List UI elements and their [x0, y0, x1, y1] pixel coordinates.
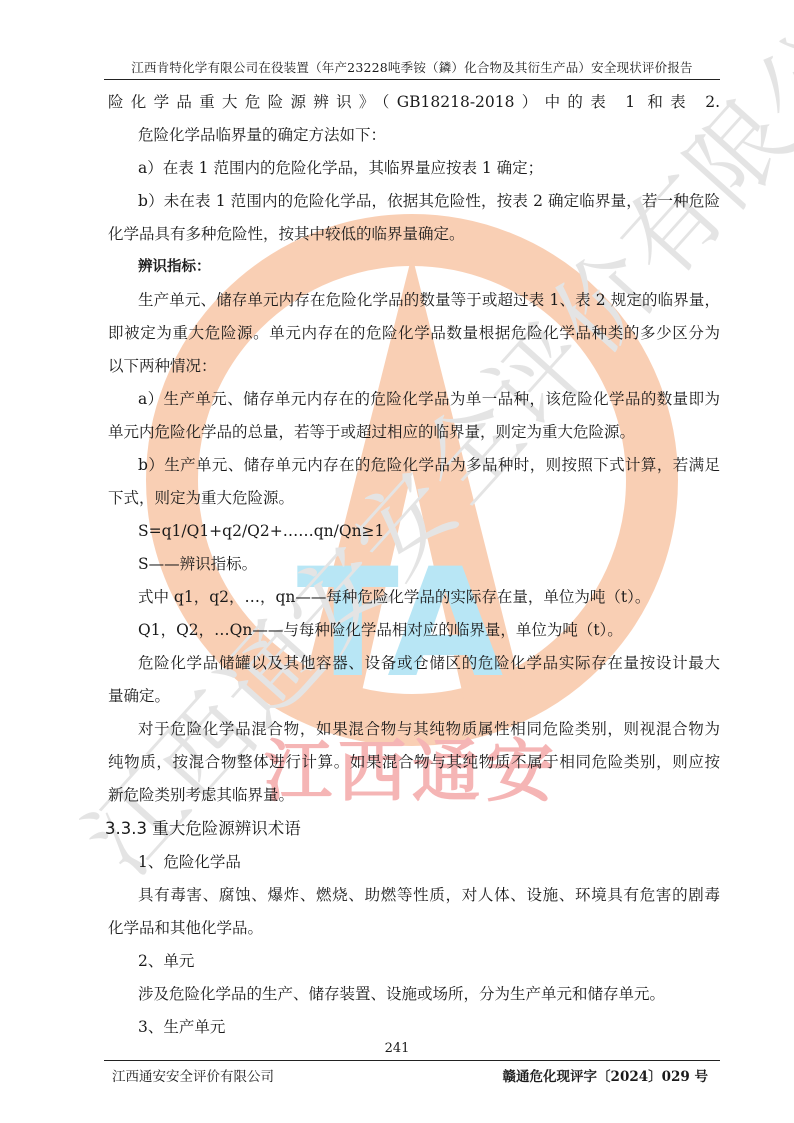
formula-definition: 式中 q1，q2，…，qn——每种危险化学品的实际存在量，单位为吨（t）。 — [138, 587, 650, 607]
paragraph-line: b）生产单元、储存单元内存在的危险化学品为多品种时，则按照下式计算，若满足 — [138, 455, 720, 475]
formula: S=q1/Q1+q2/Q2+……qn/Qn≥1 — [138, 521, 384, 541]
watermark-center-text: 江西通安 — [264, 733, 560, 812]
page-header: 江西肯特化学有限公司在役装置（年产23228吨季铵（鏻）化合物及其衍生产品）安全… — [104, 58, 720, 76]
footer-divider — [104, 1060, 720, 1061]
footer-report-number: 赣通危化现评字〔2024〕029 号 — [503, 1065, 708, 1085]
paragraph-line: a）在表 1 范围内的危险化学品，其临界量应按表 1 确定； — [138, 158, 543, 178]
formula-definition: Q1，Q2，…Qn——与每种险化学品相对应的临界量，单位为吨（t）。 — [138, 620, 623, 640]
paragraph-line: 涉及危险化学品的生产、储存装置、设施或场所，分为生产单元和储存单元。 — [138, 984, 665, 1004]
paragraph-line: 纯物质，按混合物整体进行计算。如果混合物与其纯物质不属于相同危险类别，则应按 — [108, 752, 720, 772]
page-number: 241 — [0, 1041, 794, 1056]
paragraph-line: 具有毒害、腐蚀、爆炸、燃烧、助燃等性质，对人体、设施、环境具有危害的剧毒 — [138, 885, 720, 905]
paragraph-line: 新危险类别考虑其临界量。 — [108, 785, 294, 805]
paragraph-line: 险化学品重大危险源辨识》（GB18218-2018）中的表 1 和表 2. — [108, 92, 720, 112]
formula-definition: S——辨识指标。 — [138, 554, 257, 574]
paragraph-line: 化学品和其他化学品。 — [108, 918, 263, 938]
paragraph-line: 对于危险化学品混合物，如果混合物与其纯物质属性相同危险类别，则视混合物为 — [138, 719, 720, 739]
paragraph-line: 化学品具有多种危险性，按其中较低的临界量确定。 — [108, 224, 465, 244]
term-title: 3、生产单元 — [138, 1017, 225, 1037]
term-title: 1、危险化学品 — [138, 852, 241, 872]
paragraph-line: b）未在表 1 范围内的危险化学品，依据其危险性，按表 2 确定临界量，若一种危… — [138, 191, 720, 211]
header-divider — [104, 79, 720, 80]
subheading: 辨识指标： — [138, 257, 211, 277]
footer-company: 江西通安安全评价有限公司 — [112, 1065, 274, 1085]
paragraph-line: 生产单元、储存单元内存在危险化学品的数量等于或超过表 1、表 2 规定的临界量， — [138, 290, 720, 310]
paragraph-line: 量确定。 — [108, 686, 170, 706]
paragraph-line: 危险化学品临界量的确定方法如下： — [138, 125, 386, 145]
paragraph-line: 即被定为重大危险源。单元内存在的危险化学品数量根据危险化学品种类的多少区分为 — [108, 323, 720, 343]
paragraph-line: 单元内危险化学品的总量，若等于或超过相应的临界量，则定为重大危险源。 — [108, 422, 635, 442]
term-title: 2、单元 — [138, 951, 194, 971]
paragraph-line: a）生产单元、储存单元内存在的危险化学品为单一品种，该危险化学品的数量即为 — [138, 389, 720, 409]
paragraph-line: 以下两种情况： — [108, 356, 217, 376]
section-heading: 3.3.3 重大危险源辨识术语 — [105, 819, 301, 839]
watermark-ring-icon — [172, 240, 652, 720]
paragraph-line: 下式，则定为重大危险源。 — [108, 488, 294, 508]
paragraph-line: 危险化学品储罐以及其他容器、设备或仓储区的危险化学品实际存在量按设计最大 — [138, 653, 720, 673]
